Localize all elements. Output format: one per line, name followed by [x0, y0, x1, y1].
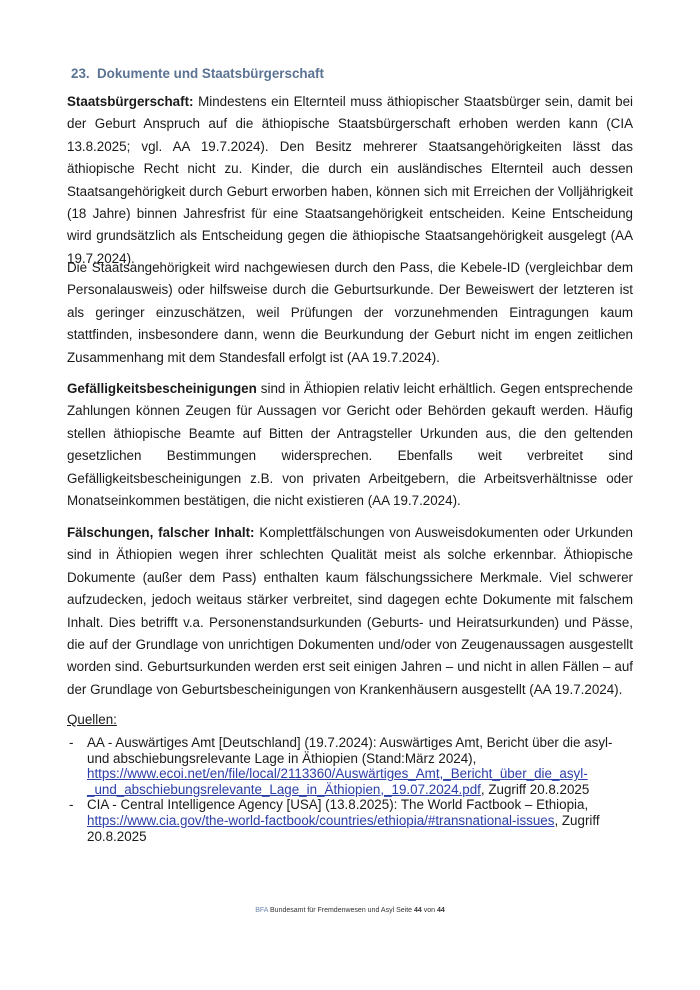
paragraph-text: sind in Äthiopien relativ leicht erhältl… — [67, 381, 633, 508]
paragraph-citizenship: Staatsbürgerschaft: Mindestens ein Elter… — [67, 91, 633, 270]
paragraph-text: Mindestens ein Elternteil muss äthiopisc… — [67, 94, 633, 266]
page-total: 44 — [437, 907, 445, 914]
page-footer: BFA Bundesamt für Fremdenwesen und Asyl … — [0, 907, 700, 914]
source-item: - AA - Auswärtiges Amt [Deutschland] (19… — [67, 735, 633, 797]
section-heading: 23.Dokumente und Staatsbürgerschaft — [71, 66, 324, 81]
paragraph-lead: Gefälligkeitsbescheinigungen — [67, 381, 257, 396]
source-link[interactable]: https://www.cia.gov/the-world-factbook/c… — [87, 813, 554, 828]
section-title: Dokumente und Staatsbürgerschaft — [97, 66, 324, 81]
bfa-logo: BFA — [255, 907, 268, 914]
source-access-date: , Zugriff 20.8.2025 — [481, 782, 589, 797]
paragraph-forgeries: Fälschungen, falscher Inhalt: Komplettfä… — [67, 522, 633, 701]
footer-of: von — [422, 907, 437, 914]
footer-text: Bundesamt für Fremdenwesen und Asyl Seit… — [268, 907, 414, 914]
source-text: CIA - Central Intelligence Agency [USA] … — [87, 797, 588, 812]
paragraph-proof-of-nationality: Die Staatsangehörigkeit wird nachgewiese… — [67, 257, 633, 369]
source-item: - CIA - Central Intelligence Agency [USA… — [67, 797, 633, 844]
source-text: AA - Auswärtiges Amt [Deutschland] (19.7… — [87, 735, 612, 766]
paragraph-lead: Staatsbürgerschaft: — [67, 94, 194, 109]
paragraph-lead: Fälschungen, falscher Inhalt: — [67, 525, 255, 540]
page-number: 44 — [414, 907, 422, 914]
paragraph-text: Komplettfälschungen von Ausweisdokumente… — [67, 525, 633, 697]
sources-title: Quellen: — [67, 712, 117, 727]
paragraph-text: Die Staatsangehörigkeit wird nachgewiese… — [67, 260, 633, 365]
bullet-dash: - — [69, 797, 73, 813]
sources-list: - AA - Auswärtiges Amt [Deutschland] (19… — [67, 735, 633, 844]
bullet-dash: - — [69, 735, 73, 751]
section-number: 23. — [71, 66, 97, 81]
paragraph-courtesy-certificates: Gefälligkeitsbescheinigungen sind in Äth… — [67, 378, 633, 512]
